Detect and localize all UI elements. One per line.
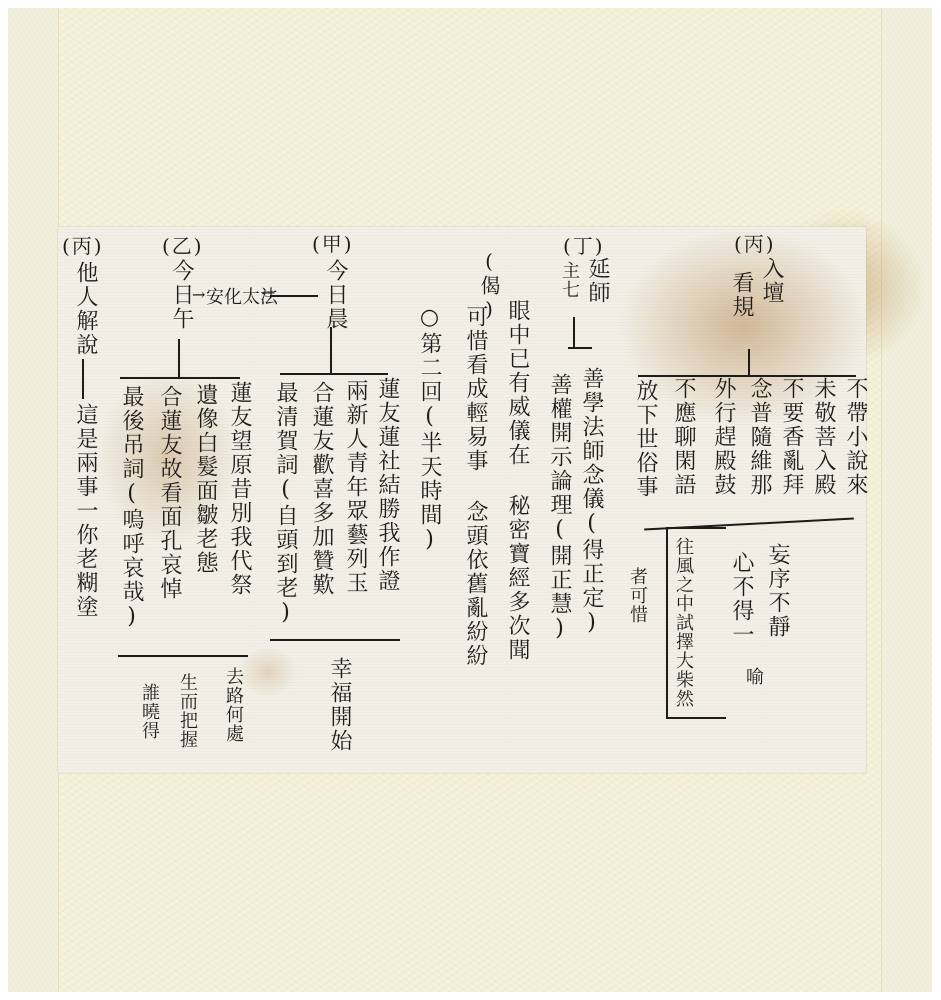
section-label-yi: (乙) [162,233,204,259]
rule-item: 念普隨維那 [746,377,772,497]
explanation-text: 這是兩事一你老糊塗 [72,403,98,619]
section-subtitle-zhuqi: 主七 [558,261,580,299]
rule-item: 不帶小說來 [842,377,868,497]
afternoon-conclusion: 去路何處 [222,667,244,743]
morning-conclusion: 幸福開始 [326,657,352,753]
morning-item: 最清賀詞(自頭到老) [272,381,298,627]
rule-item: 不應聊閑語 [670,377,696,497]
morning-item: 蓮友蓮社結勝我作證 [374,377,400,593]
section-title-rutan: 入壇 [758,257,784,305]
tree-connector [178,339,180,377]
afternoon-conclusion: 誰曉得 [138,683,160,740]
section-title-tarenjieshuo: 他人解說 [72,261,98,357]
backing-border-right [881,8,932,992]
manuscript-sheet: (丙) 入壇 看規 不帶小說來 未敬菩入殿 不要香亂拜 念普隨維那 外行趕殿鼓 … [58,227,866,773]
section-label-ding: (丁) [563,233,605,259]
rule-item: 未敬菩入殿 [810,377,836,497]
arrow-note: 安化太法 [206,283,278,309]
afternoon-conclusion: 生而把握 [176,673,198,749]
section-title-jinriwu: 今日午 [168,259,194,331]
afternoon-item: 最後吊詞(嗚呼哀哉) [118,385,144,631]
section-subtitle-kangui: 看規 [728,271,754,319]
verse-line: 可惜看成輕易事 念頭依舊亂紛紛 [462,305,488,668]
teacher-item: 善學法師念儀(得正定) [578,367,604,637]
tree-branch-line [568,347,592,349]
section-label-bing-left: (丙) [62,233,104,259]
rule-item: 不要香亂拜 [778,377,804,497]
result-line: 妄序不靜 [764,543,790,639]
afternoon-item: 蓮友望原昔別我代祭 [226,381,252,597]
brace-line [118,655,248,657]
note-text: 者可惜 [626,567,648,624]
tree-connector [573,317,575,347]
teacher-item: 善權開示論理(開正慧) [546,373,572,643]
morning-item: 兩新人青年眾藝列玉 [342,379,368,595]
rule-item: 放下世俗事 [632,379,658,499]
result-line: 心不得一 [728,551,754,647]
backing-border-left [8,8,59,992]
rule-item: 外行趕殿鼓 [710,377,736,497]
result-line-yu: 喻 [742,667,764,686]
note-text: 往風之中試擇大柴然 [672,537,694,708]
afternoon-item: 合蓮友故看面孔哀悼 [156,385,182,601]
section-title-yanshi: 延師 [584,257,610,305]
section-label-jia: (甲) [312,231,354,257]
tree-connector [82,359,84,399]
tree-connector [748,349,750,375]
morning-item: 合蓮友歡喜多加贊歎 [308,381,334,597]
tree-connector [330,327,332,373]
tree-branch-line [280,373,388,375]
section-title-jinrichen: 今日晨 [322,259,348,331]
verse-line: 眼中已有威儀在 秘密寶經多次聞 [504,299,530,662]
tree-branch-line [120,377,240,379]
brace-line [270,639,400,641]
second-session-heading: ○第二回(半天時間) [416,305,442,554]
afternoon-item: 遺像白髮面皺老態 [192,383,218,575]
section-label-bing-right: (丙) [734,231,776,257]
arrow-right-icon: → [192,285,205,304]
